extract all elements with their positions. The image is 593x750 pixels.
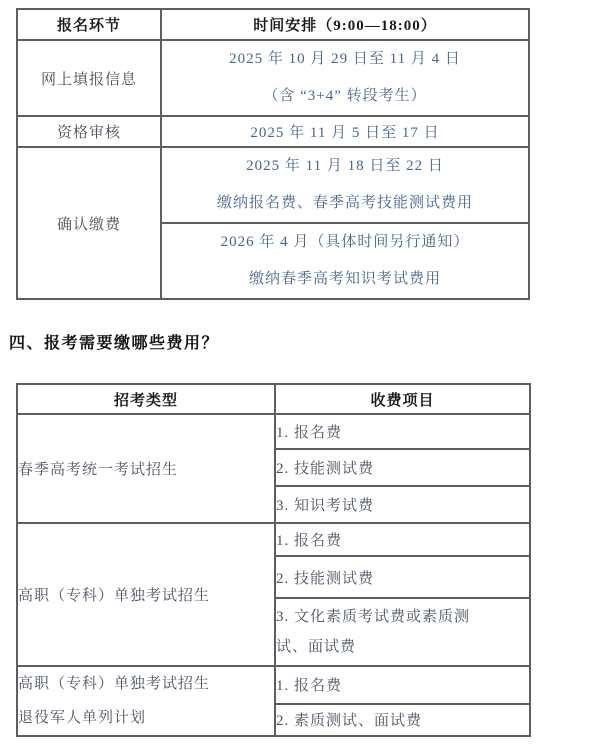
- table-header-row: 招考类型 收费项目: [17, 384, 530, 414]
- type-text-line: 高职（专科）单独考试招生: [18, 667, 274, 701]
- fee-cell: 1. 报名费: [275, 523, 530, 556]
- time-text-line: 缴纳春季高考知识考试费用: [162, 261, 528, 298]
- table-row: 确认缴费 2025 年 11 月 18 日至 22 日 缴纳报名费、春季高考技能…: [17, 147, 529, 223]
- fees-section-heading: 四、报考需要缴哪些费用？: [9, 330, 219, 353]
- header-cell-time: 时间安排（9:00—18:00）: [161, 9, 529, 40]
- step-cell-confirm-payment: 确认缴费: [17, 147, 161, 299]
- header-cell-exam-type: 招考类型: [17, 384, 275, 414]
- time-cell-qualification-review: 2025 年 11 月 5 日至 17 日: [161, 116, 529, 147]
- time-text-line: 2026 年 4 月（具体时间另行通知）: [162, 224, 528, 261]
- fee-text-line: 3. 文化素质考试费或素质测: [276, 602, 529, 632]
- table-row: 春季高考统一考试招生 1. 报名费: [17, 414, 530, 449]
- fee-text-line: 试、面试费: [276, 632, 529, 662]
- type-text-line: 退役军人单列计划: [18, 701, 274, 735]
- fees-table: 招考类型 收费项目 春季高考统一考试招生 1. 报名费 2. 技能测试费 3. …: [16, 383, 531, 737]
- fee-cell: 2. 素质测试、面试费: [275, 704, 530, 736]
- fee-cell-two-line: 3. 文化素质考试费或素质测 试、面试费: [275, 598, 530, 666]
- table-header-row: 报名环节 时间安排（9:00—18:00）: [17, 9, 529, 40]
- type-cell-spring-unified: 春季高考统一考试招生: [17, 414, 275, 523]
- registration-schedule-table: 报名环节 时间安排（9:00—18:00） 网上填报信息 2025 年 10 月…: [16, 8, 530, 300]
- time-cell-online-fill: 2025 年 10 月 29 日至 11 月 4 日 （含 “3+4” 转段考生…: [161, 40, 529, 116]
- fee-cell: 3. 知识考试费: [275, 486, 530, 523]
- fee-cell: 1. 报名费: [275, 666, 530, 704]
- table-row: 网上填报信息 2025 年 10 月 29 日至 11 月 4 日 （含 “3+…: [17, 40, 529, 116]
- type-cell-veterans-plan: 高职（专科）单独考试招生 退役军人单列计划: [17, 666, 275, 736]
- step-cell-qualification-review: 资格审核: [17, 116, 161, 147]
- time-text-line: 缴纳报名费、春季高考技能测试费用: [162, 185, 528, 222]
- table-row: 高职（专科）单独考试招生 退役军人单列计划 1. 报名费: [17, 666, 530, 704]
- time-text-line: 2025 年 10 月 29 日至 11 月 4 日: [162, 41, 528, 78]
- time-text-line: （含 “3+4” 转段考生）: [162, 78, 528, 115]
- table-row: 资格审核 2025 年 11 月 5 日至 17 日: [17, 116, 529, 147]
- header-cell-step: 报名环节: [17, 9, 161, 40]
- fee-cell: 2. 技能测试费: [275, 556, 530, 598]
- fee-cell: 2. 技能测试费: [275, 449, 530, 486]
- document-page: 报名环节 时间安排（9:00—18:00） 网上填报信息 2025 年 10 月…: [0, 0, 593, 750]
- time-text-line: 2025 年 11 月 18 日至 22 日: [162, 148, 528, 185]
- header-cell-fee-items: 收费项目: [275, 384, 530, 414]
- fee-cell: 1. 报名费: [275, 414, 530, 449]
- time-cell-payment-second: 2026 年 4 月（具体时间另行通知） 缴纳春季高考知识考试费用: [161, 223, 529, 299]
- time-cell-payment-first: 2025 年 11 月 18 日至 22 日 缴纳报名费、春季高考技能测试费用: [161, 147, 529, 223]
- step-cell-online-fill: 网上填报信息: [17, 40, 161, 116]
- table-row: 高职（专科）单独考试招生 1. 报名费: [17, 523, 530, 556]
- type-cell-vocational-separate: 高职（专科）单独考试招生: [17, 523, 275, 666]
